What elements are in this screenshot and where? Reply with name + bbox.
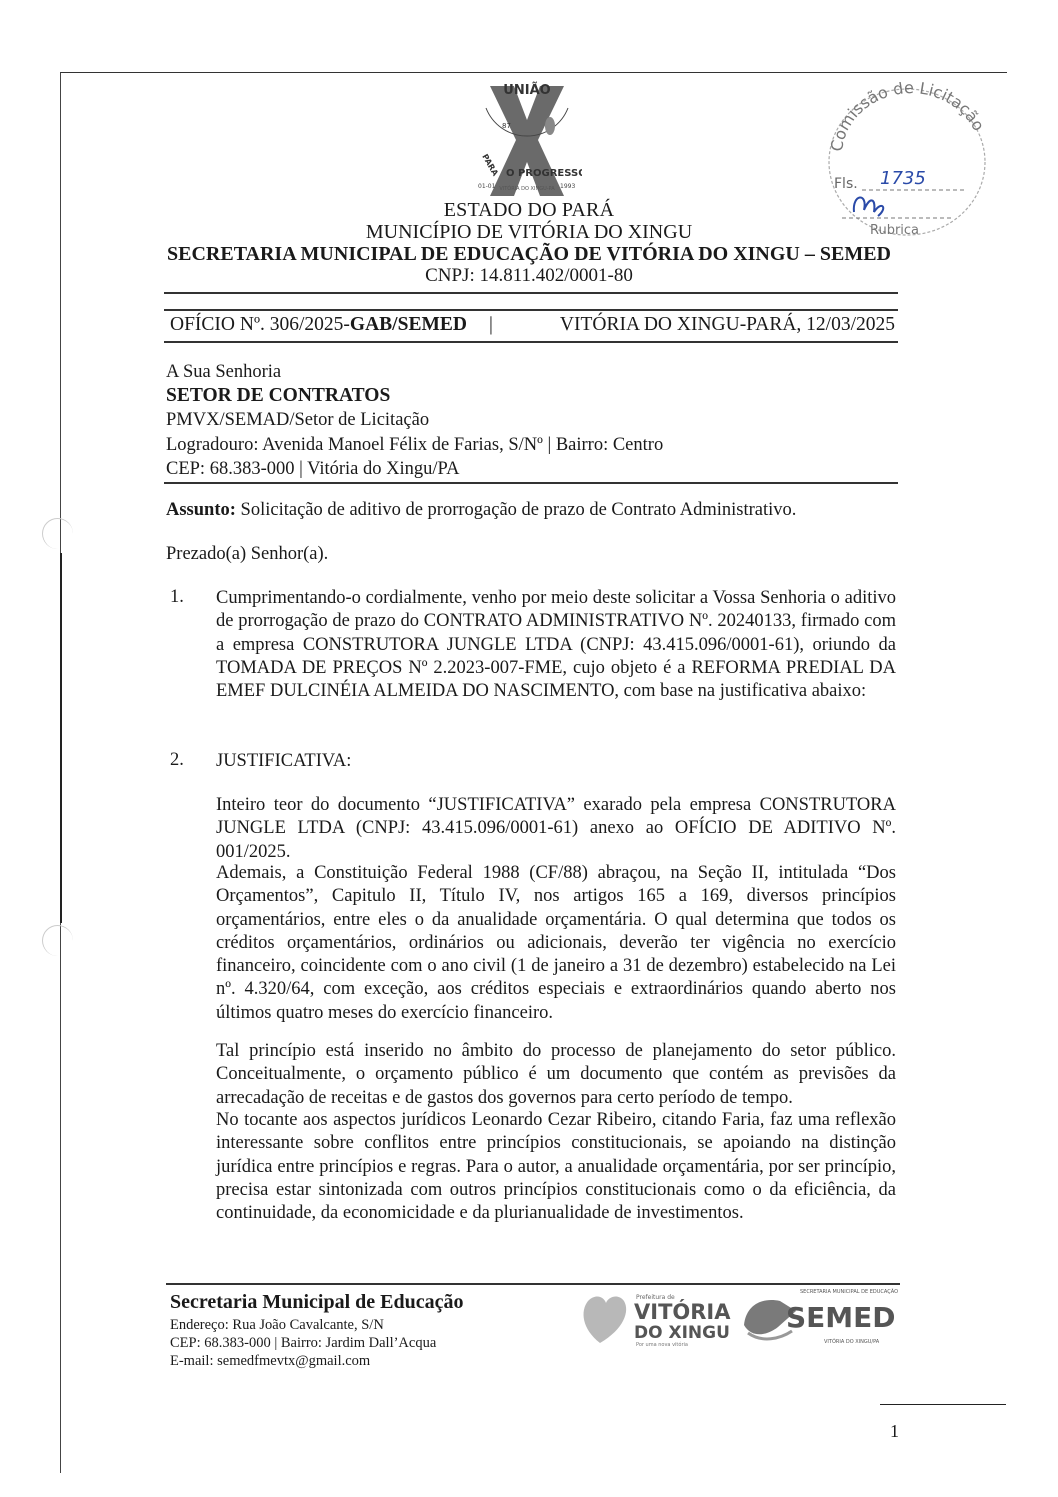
svg-text:Fls.: Fls.	[834, 176, 858, 192]
recipient-salutation: A Sua Senhoria	[166, 360, 663, 384]
svg-text:SECRETARIA MUNICIPAL DE EDUCAÇ: SECRETARIA MUNICIPAL DE EDUCAÇÃO	[800, 1288, 898, 1295]
subject-label: Assunto:	[166, 500, 236, 520]
oficio-place-date: VITÓRIA DO XINGU-PARÁ, 12/03/2025	[560, 314, 895, 336]
svg-text:SEMED: SEMED	[786, 1301, 896, 1334]
header-state: ESTADO DO PARÁ	[0, 199, 1058, 222]
punch-hole-mark	[42, 925, 73, 956]
justification-paragraph: Tal princípio está inserido no âmbito do…	[216, 1040, 896, 1110]
recipient-unit: PMVX/SEMAD/Setor de Licitação	[166, 408, 663, 432]
footer-title: Secretaria Municipal de Educação	[170, 1291, 464, 1314]
subject-text: Solicitação de aditivo de prorrogação de…	[236, 500, 796, 520]
oficio-top-divider	[164, 309, 898, 311]
semed-logo-icon: SECRETARIA MUNICIPAL DE EDUCAÇÃO SEMED V…	[740, 1285, 906, 1351]
svg-text:VITÓRIA: VITÓRIA	[634, 1299, 731, 1324]
svg-text:Comissão de Licitação: Comissão de Licitação	[827, 82, 988, 153]
subject-line: Assunto: Solicitação de aditivo de prorr…	[166, 500, 796, 521]
page-number: 1	[890, 1421, 899, 1442]
prefeitura-logo-icon: Prefeitura de VITÓRIA DO XINGU Por uma n…	[578, 1287, 733, 1349]
greeting: Prezado(a) Senhor(a).	[166, 544, 328, 565]
svg-text:Por uma nova vitória: Por uma nova vitória	[636, 1341, 688, 1348]
recipient-block: A Sua Senhoria SETOR DE CONTRATOS PMVX/S…	[166, 360, 663, 481]
justification-paragraph: No tocante aos aspectos jurídicos Leonar…	[216, 1109, 896, 1225]
recipient-department: SETOR DE CONTRATOS	[166, 384, 663, 408]
svg-text:UNIÃO: UNIÃO	[503, 82, 550, 98]
justification-heading: JUSTIFICATIVA:	[216, 750, 896, 773]
svg-text:87: 87	[502, 122, 511, 130]
coat-of-arms-icon: UNIÃO 87 PARA O PROGRESSO 01-01 1993 VIT…	[472, 78, 582, 206]
page-border-bottom	[880, 1404, 1006, 1405]
recipient-cep: CEP: 68.383-000 | Vitória do Xingu/PA	[166, 457, 663, 481]
header-cnpj: CNPJ: 14.811.402/0001-80	[0, 265, 1058, 287]
item-number: 2.	[170, 750, 184, 771]
margin-line	[60, 553, 62, 923]
punch-hole-mark	[42, 518, 73, 549]
svg-text:VITÓRIA DO XINGU/PA: VITÓRIA DO XINGU/PA	[824, 1338, 880, 1345]
item-number: 1.	[170, 587, 184, 608]
header-divider	[164, 292, 898, 294]
footer-cep: CEP: 68.383-000 | Bairro: Jardim Dall’Ac…	[170, 1335, 436, 1352]
header-secretariat: SECRETARIA MUNICIPAL DE EDUCAÇÃO DE VITÓ…	[0, 243, 1058, 266]
oficio-number: OFÍCIO Nº. 306/2025-GAB/SEMED|	[170, 314, 507, 336]
svg-text:1993: 1993	[560, 183, 575, 190]
recipient-divider	[164, 482, 898, 484]
svg-text:PARA: PARA	[480, 153, 500, 179]
svg-text:01-01: 01-01	[478, 183, 496, 190]
item-1-text: Cumprimentando-o cordialmente, venho por…	[216, 587, 896, 703]
svg-text:DO XINGU: DO XINGU	[634, 1323, 730, 1343]
oficio-line: OFÍCIO Nº. 306/2025-GAB/SEMED| VITÓRIA D…	[170, 314, 895, 336]
footer-email: E-mail: semedfmevtx@gmail.com	[170, 1353, 370, 1370]
svg-text:O PROGRESSO: O PROGRESSO	[506, 168, 582, 179]
oficio-bottom-divider	[164, 341, 898, 343]
justification-paragraph: Ademais, a Constituição Federal 1988 (CF…	[216, 862, 896, 1025]
footer-address: Endereço: Rua João Cavalcante, S/N	[170, 1317, 384, 1334]
justification-paragraph: Inteiro teor do documento “JUSTIFICATIVA…	[216, 794, 896, 864]
svg-text:1735: 1735	[880, 168, 926, 189]
header-municipality: MUNICÍPIO DE VITÓRIA DO XINGU	[0, 221, 1058, 244]
svg-text:VITÓRIA DO XINGU-PA: VITÓRIA DO XINGU-PA	[499, 185, 555, 192]
recipient-address: Logradouro: Avenida Manoel Félix de Fari…	[166, 433, 663, 457]
